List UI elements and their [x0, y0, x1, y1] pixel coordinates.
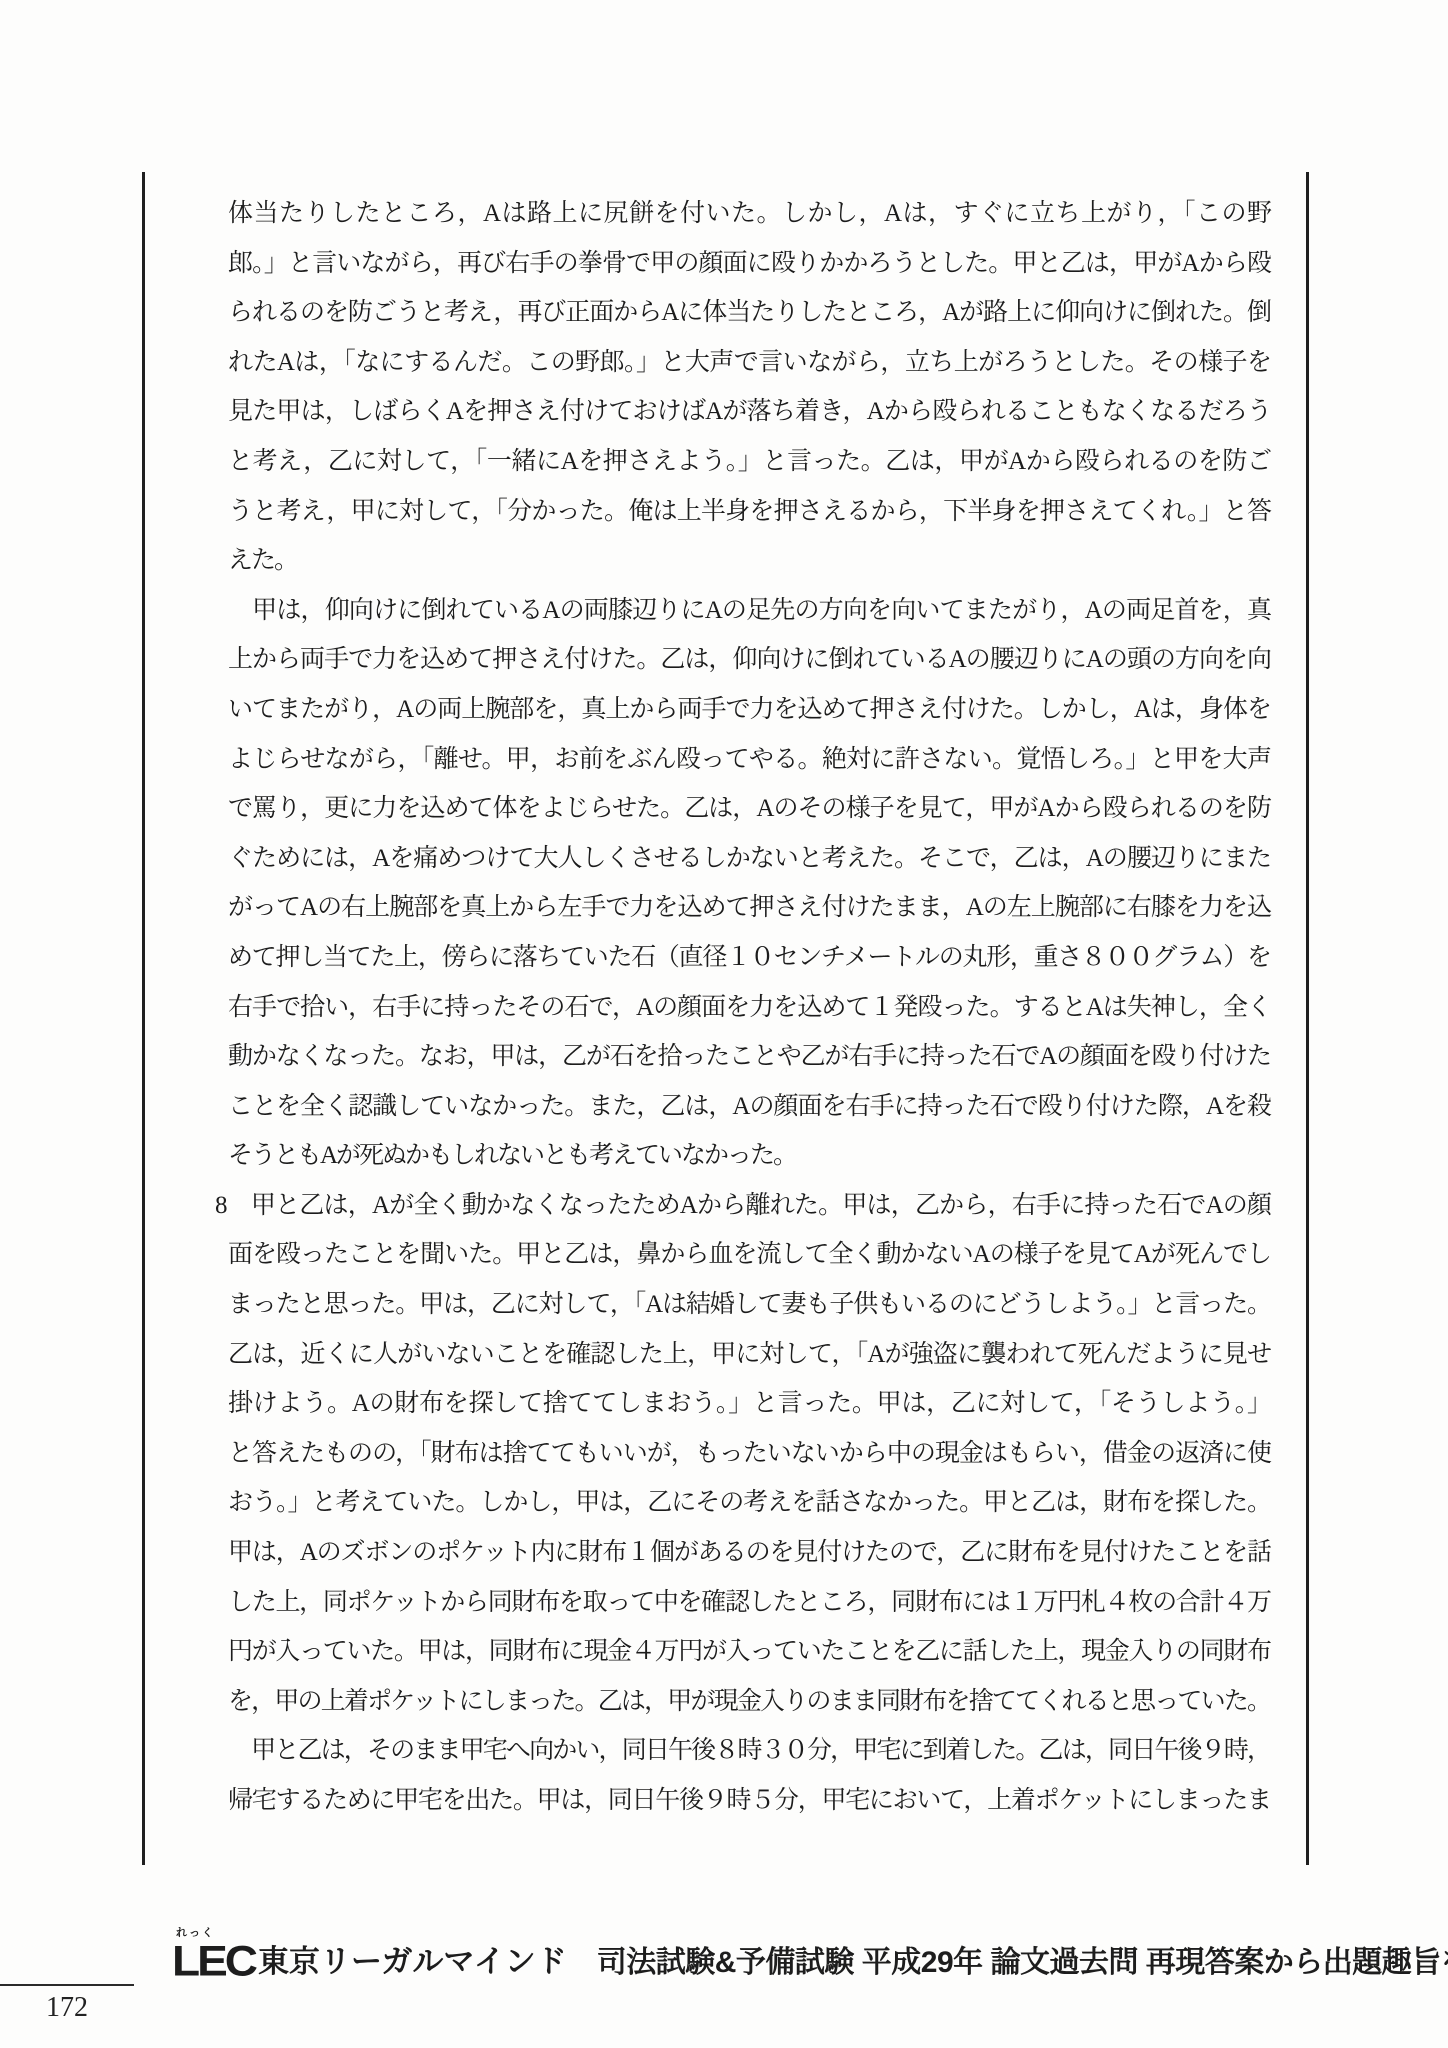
text-line: と考え，乙に対して，「一緒にAを押さえよう。」と言った。乙は，甲がAから殴られる… — [228, 437, 1270, 487]
document-page: 体当たりしたところ，Aは路上に尻餅を付いた。しかし，Aは，すぐに立ち上がり，「こ… — [0, 0, 1448, 2048]
text-line: 右手で拾い，右手に持ったその石で，Aの顔面を力を込めて１発殴った。するとAは失神… — [228, 983, 1270, 1033]
text-line: まったと思った。甲は，乙に対して，「Aは結婚して妻も子供もいるのにどうしよう。」… — [228, 1280, 1270, 1330]
text-line: おう。」と考えていた。しかし，甲は，乙にその考えを話さなかった。甲と乙は，財布を… — [228, 1478, 1270, 1528]
text-line: 甲は，Aのズボンのポケット内に財布１個があるのを見付けたので，乙に財布を見付けた… — [228, 1528, 1270, 1578]
text-line: 郎。」と言いながら，再び右手の拳骨で甲の顔面に殴りかかろうとした。甲と乙は，甲が… — [228, 239, 1270, 289]
page-number-rule — [0, 1984, 134, 1986]
lec-logo-text: LEC — [172, 1940, 255, 1982]
text-line: がってAの右上腕部を真上から左手で力を込めて押さえ付けたまま，Aの左上腕部に右膝… — [228, 883, 1270, 933]
text-line: 動かなくなった。なお，甲は，乙が石を拾ったことや乙が右手に持った石でAの顔面を殴… — [228, 1032, 1270, 1082]
left-column-rule — [142, 172, 145, 1865]
text-line: ぐためには，Aを痛めつけて大人しくさせるしかないと考えた。そこで，乙は，Aの腰辺… — [228, 834, 1270, 884]
text-line: で罵り，更に力を込めて体をよじらせた。乙は，Aのその様子を見て，甲がAから殴られ… — [228, 784, 1270, 834]
footer-company-name: 東京リーガルマインド — [258, 1945, 567, 1982]
text-line: 帰宅するために甲宅を出た。甲は，同日午後９時５分，甲宅において，上着ポケットにし… — [228, 1776, 1270, 1826]
text-line: 円が入っていた。甲は，同財布に現金４万円が入っていたことを乙に話した上，現金入り… — [228, 1627, 1270, 1677]
text-line: うと考え，甲に対して，「分かった。俺は上半身を押さえるから，下半身を押さえてくれ… — [228, 487, 1270, 537]
text-line-paragraph-end: えた。 — [228, 536, 1270, 586]
footer-brand-line: れっく LEC 東京リーガルマインド 司法試験&予備試験 平成29年 論文過去問… — [172, 1936, 1448, 1982]
text-line: 面を殴ったことを聞いた。甲と乙は，鼻から血を流して全く動かないAの様子を見てAが… — [228, 1230, 1270, 1280]
text-line: られるのを防ごうと考え，再び正面からAに体当たりしたところ，Aが路上に仰向けに倒… — [228, 288, 1270, 338]
page-number: 172 — [0, 1992, 134, 2024]
text-line-paragraph-end: そうともAが死ぬかもしれないとも考えていなかった。 — [228, 1131, 1270, 1181]
text-line: めて押し当てた上，傍らに落ちていた石（直径１０センチメートルの丸形，重さ８００グ… — [228, 933, 1270, 983]
text-line: いてまたがり，Aの両上腕部を，真上から両手で力を込めて押さえ付けた。しかし，Aは… — [228, 685, 1270, 735]
right-column-rule — [1306, 172, 1309, 1865]
text-line: 乙は，近くに人がいないことを確認した上，甲に対して，「Aが強盗に襲われて死んだよ… — [228, 1330, 1270, 1380]
text-line: 甲は，仰向けに倒れているAの両膝辺りにAの足先の方向を向いてまたがり，Aの両足首… — [228, 586, 1270, 636]
text-line: した上，同ポケットから同財布を取って中を確認したところ，同財布には１万円札４枚の… — [228, 1578, 1270, 1628]
lec-logo: れっく LEC — [172, 1936, 255, 1982]
text-line: 見た甲は，しばらくAを押さえ付けておけばAが落ち着き，Aから殴られることもなくな… — [228, 387, 1270, 437]
text-line: 上から両手で力を込めて押さえ付けた。乙は，仰向けに倒れているAの腰辺りにAの頭の… — [228, 635, 1270, 685]
text-line: 掛けよう。Aの財布を探して捨ててしまおう。」と言った。甲は，乙に対して，「そうし… — [228, 1379, 1270, 1429]
text-line: れたAは，「なにするんだ。この野郎。」と大声で言いながら，立ち上がろうとした。そ… — [228, 338, 1270, 388]
text-line-list-item-8: 8 甲と乙は，Aが全く動かなくなったためAから離れた。甲は，乙から，右手に持った… — [215, 1181, 1270, 1231]
text-line: ことを全く認識していなかった。また，乙は，Aの顔面を右手に持った石で殴り付けた際… — [228, 1082, 1270, 1132]
text-line: を，甲の上着ポケットにしまった。乙は，甲が現金入りのまま同財布を捨ててくれると思… — [228, 1677, 1270, 1727]
body-text: 体当たりしたところ，Aは路上に尻餅を付いた。しかし，Aは，すぐに立ち上がり，「こ… — [228, 189, 1270, 1826]
footer-book-title: 司法試験&予備試験 平成29年 論文過去問 再現答案から出題趣旨を読み解く。 — [597, 1946, 1448, 1982]
text-line: 甲と乙は，そのまま甲宅へ向かい，同日午後８時３０分，甲宅に到着した。乙は，同日午… — [228, 1726, 1270, 1776]
text-line: よじらせながら，「離せ。甲，お前をぶん殴ってやる。絶対に許さない。覚悟しろ。」と… — [228, 735, 1270, 785]
text-line: と答えたものの，「財布は捨ててもいいが，もったいないから中の現金はもらい，借金の… — [228, 1429, 1270, 1479]
text-line: 体当たりしたところ，Aは路上に尻餅を付いた。しかし，Aは，すぐに立ち上がり，「こ… — [228, 189, 1270, 239]
